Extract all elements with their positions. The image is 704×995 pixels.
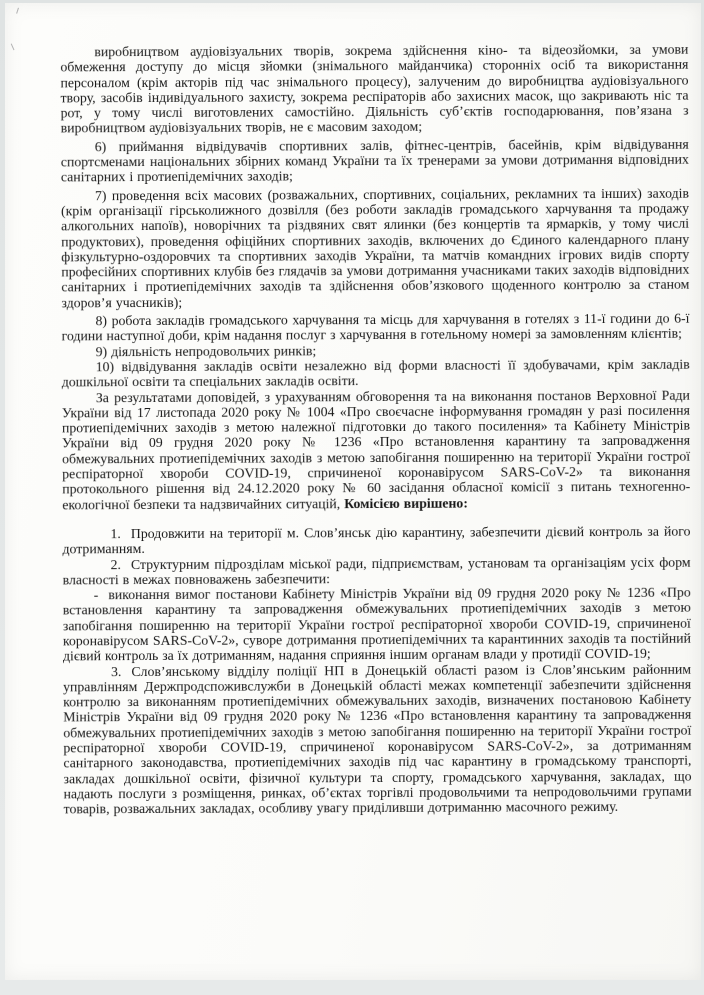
paragraph-text: 6) приймання відвідувачів спортивних зал… — [61, 136, 689, 184]
list-item-10: 10) відвідування закладів освіти незалеж… — [62, 357, 690, 390]
paragraph-text: 7) проведення всіх масових (розважальних… — [61, 185, 689, 310]
paragraph-intro-audiovisual: виробництвом аудіовізуальних творів, зок… — [60, 42, 688, 137]
paragraph-text: 9) діяльність непродовольчих ринків; — [96, 343, 317, 359]
decision-item-3: 3.Слов’янському відділу поліції НП в Дон… — [63, 661, 692, 817]
decision-number: 1. — [110, 526, 120, 541]
paragraph-text: Структурним підрозділам міської ради, пі… — [63, 554, 691, 587]
resolution-decided-label: Комісією вирішено: — [344, 495, 468, 511]
paragraph-resolution-intro: За результатами доповідей, з урахуванням… — [62, 387, 691, 512]
document-body: виробництвом аудіовізуальних творів, зок… — [60, 42, 691, 817]
decision-item-2: 2.Структурним підрозділам міської ради, … — [63, 554, 691, 587]
scan-artifact-mark — [11, 43, 17, 51]
paragraph-text: виробництвом аудіовізуальних творів, зок… — [60, 42, 688, 136]
scan-artifact-mark — [16, 8, 21, 15]
list-item-8: 8) робота закладів громадського харчуван… — [61, 311, 689, 344]
paragraph-text: 10) відвідування закладів освіти незалеж… — [62, 357, 690, 390]
decision-item-2-sub-dash: -виконання вимог постанови Кабінету Міні… — [63, 585, 691, 664]
decision-item-1: 1.Продовжити на території м. Слов’янськ … — [62, 524, 690, 557]
paragraph-text: виконання вимог постанови Кабінету Мініс… — [63, 585, 691, 664]
paper-sheet: виробництвом аудіовізуальних творів, зок… — [5, 3, 701, 980]
dash-marker: - — [94, 587, 99, 602]
paragraph-text: 8) робота закладів громадського харчуван… — [62, 311, 690, 344]
scanned-page: виробництвом аудіовізуальних творів, зок… — [0, 0, 704, 995]
list-item-7: 7) проведення всіх масових (розважальних… — [61, 185, 690, 310]
paragraph-text: Продовжити на території м. Слов’янськ ді… — [62, 524, 690, 557]
decision-number: 3. — [111, 664, 121, 679]
paragraph-text: Слов’янському відділу поліції НП в Донец… — [63, 661, 692, 816]
list-item-6: 6) приймання відвідувачів спортивних зал… — [61, 136, 689, 185]
paragraph-text: За результатами доповідей, з урахуванням… — [62, 387, 690, 512]
decision-number: 2. — [111, 557, 121, 572]
